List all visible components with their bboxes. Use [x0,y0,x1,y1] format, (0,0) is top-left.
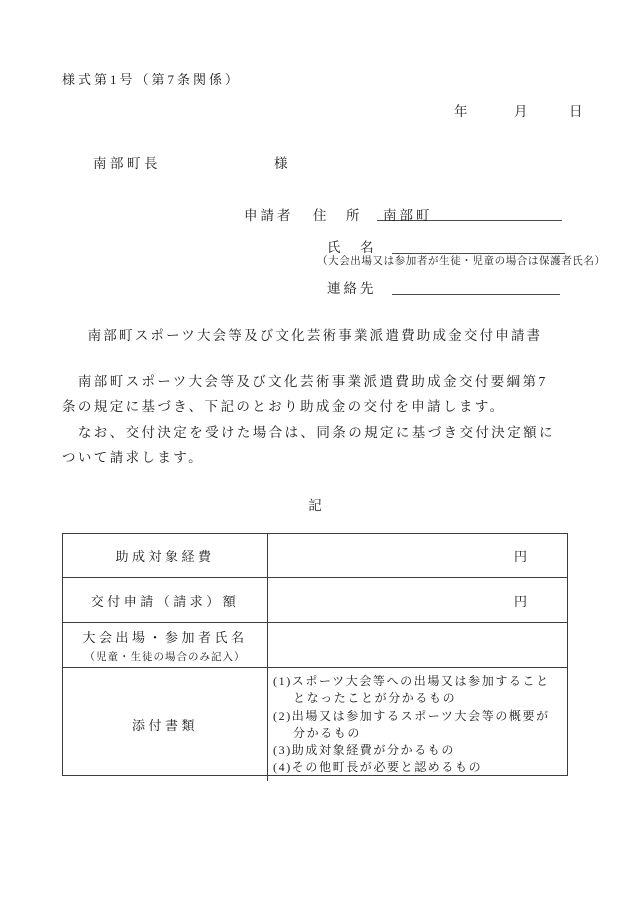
attachment-item: (4)その他町長が必要と認めるもの [273,759,563,776]
row-label-subsidy-expense: 助成対象経費 [63,534,267,577]
body-line: ついて請求します。 [62,445,555,470]
document-title: 南部町スポーツ大会等及び文化芸術事業派遣費助成金交付申請書 [0,324,630,344]
name-field[interactable] [392,236,565,254]
date-line: 年 月 日 [0,100,630,118]
address-label: 住 所 [313,204,363,224]
body-line: 南部町スポーツ大会等及び文化芸術事業派遣費助成金交付要綱第7 [62,369,555,394]
attachments-cell: (1)スポーツ大会等への出場又は参加することとなったことが分かるもの (2)出場… [267,667,567,781]
addressee-name: 南部町長 [93,152,161,172]
applicant-label: 申請者 [244,204,294,224]
address-value: 南部町 [383,208,433,223]
application-amount-cell[interactable]: 円 [267,577,567,622]
contact-field[interactable] [392,277,560,295]
row-label-text: 助成対象経費 [115,546,214,565]
yen-unit-label: 円 [514,546,527,565]
addressee-honorific: 様 [274,152,288,172]
month-label: 月 [514,100,528,120]
row-label-note: （児童・生徒の場合のみ記入） [85,649,246,664]
row-label-application-amount: 交付申請（請求）額 [63,577,267,622]
participant-name-cell[interactable] [267,622,567,667]
record-heading: 記 [0,494,630,514]
attachment-item: (3)助成対象経費が分かるもの [273,742,563,759]
contact-label: 連絡先 [327,277,377,297]
body-line: 条の規定に基づき、下記のとおり助成金の交付を申請します。 [62,394,555,419]
guardian-note: （大会出場又は参加者が生徒・児童の場合は保護者氏名） [317,253,606,268]
row-label-attachments: 添付書類 [63,667,267,781]
document-page: 様式第1号（第7条関係） 年 月 日 南部町長 様 申請者 住 所 南部町 氏 … [0,0,630,903]
addressee-line: 南部町長 様 [0,152,630,170]
application-table: 助成対象経費 円 交付申請（請求）額 円 大会出場・参加者氏名 （児童・生徒の場… [62,533,568,776]
row-label-text: 添付書類 [132,715,198,734]
body-line: なお、交付決定を受けた場合は、同条の規定に基づき交付決定額に [62,420,555,445]
day-label: 日 [569,100,583,120]
row-label-participant-name: 大会出場・参加者氏名 （児童・生徒の場合のみ記入） [63,622,267,667]
row-label-text: 大会出場・参加者氏名 [82,627,247,646]
row-label-text: 交付申請（請求）額 [91,591,240,610]
attachment-item: (2)出場又は参加するスポーツ大会等の概要が分かるもの [273,708,563,743]
subsidy-expense-amount-cell[interactable]: 円 [267,534,567,577]
form-number: 様式第1号（第7条関係） [62,69,241,88]
body-paragraph: 南部町スポーツ大会等及び文化芸術事業派遣費助成金交付要綱第7 条の規定に基づき、… [62,369,555,470]
year-label: 年 [454,100,468,120]
yen-unit-label: 円 [514,591,527,610]
attachment-item: (1)スポーツ大会等への出場又は参加することとなったことが分かるもの [273,673,563,708]
address-field[interactable]: 南部町 [377,204,562,221]
